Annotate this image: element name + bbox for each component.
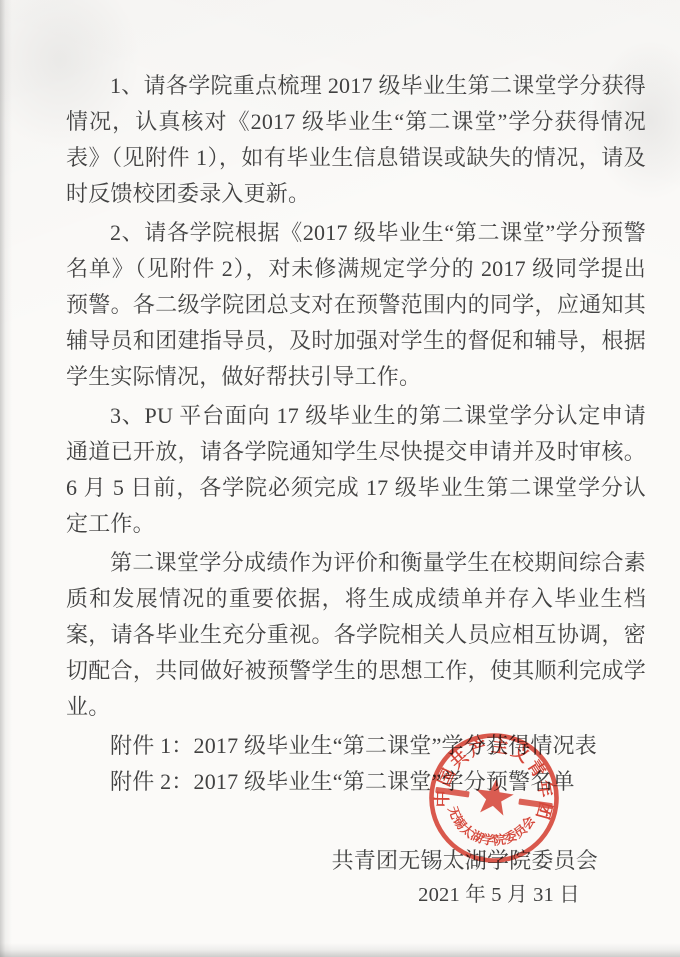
- paragraph-item-2: 2、请各学院根据《2017 级毕业生“第二课堂”学分预警名单》（见附件 2），对…: [66, 215, 646, 395]
- scanned-document-page: 1、请各学院重点梳理 2017 级毕业生第二课堂学分获得情况，认真核对《2017…: [0, 0, 680, 957]
- signature-date: 2021 年 5 月 31 日: [66, 878, 646, 912]
- attachment-line-1: 附件 1：2017 级毕业生“第二课堂”学分获得情况表: [66, 728, 646, 764]
- signature-organization: 共青团无锡太湖学院委员会: [66, 844, 646, 878]
- attachment-line-2: 附件 2：2017 级毕业生“第二课堂”学分预警名单: [66, 764, 646, 800]
- document-body: 1、请各学院重点梳理 2017 级毕业生第二课堂学分获得情况，认真核对《2017…: [66, 68, 646, 912]
- paragraph-item-3: 3、PU 平台面向 17 级毕业生的第二课堂学分认定申请通道已开放，请各学院通知…: [66, 398, 646, 542]
- paragraph-closing: 第二课堂学分成绩作为评价和衡量学生在校期间综合素质和发展情况的重要依据，将生成成…: [66, 545, 646, 725]
- paragraph-item-1: 1、请各学院重点梳理 2017 级毕业生第二课堂学分获得情况，认真核对《2017…: [66, 68, 646, 212]
- signature-block: 共青团无锡太湖学院委员会 2021 年 5 月 31 日: [66, 844, 646, 912]
